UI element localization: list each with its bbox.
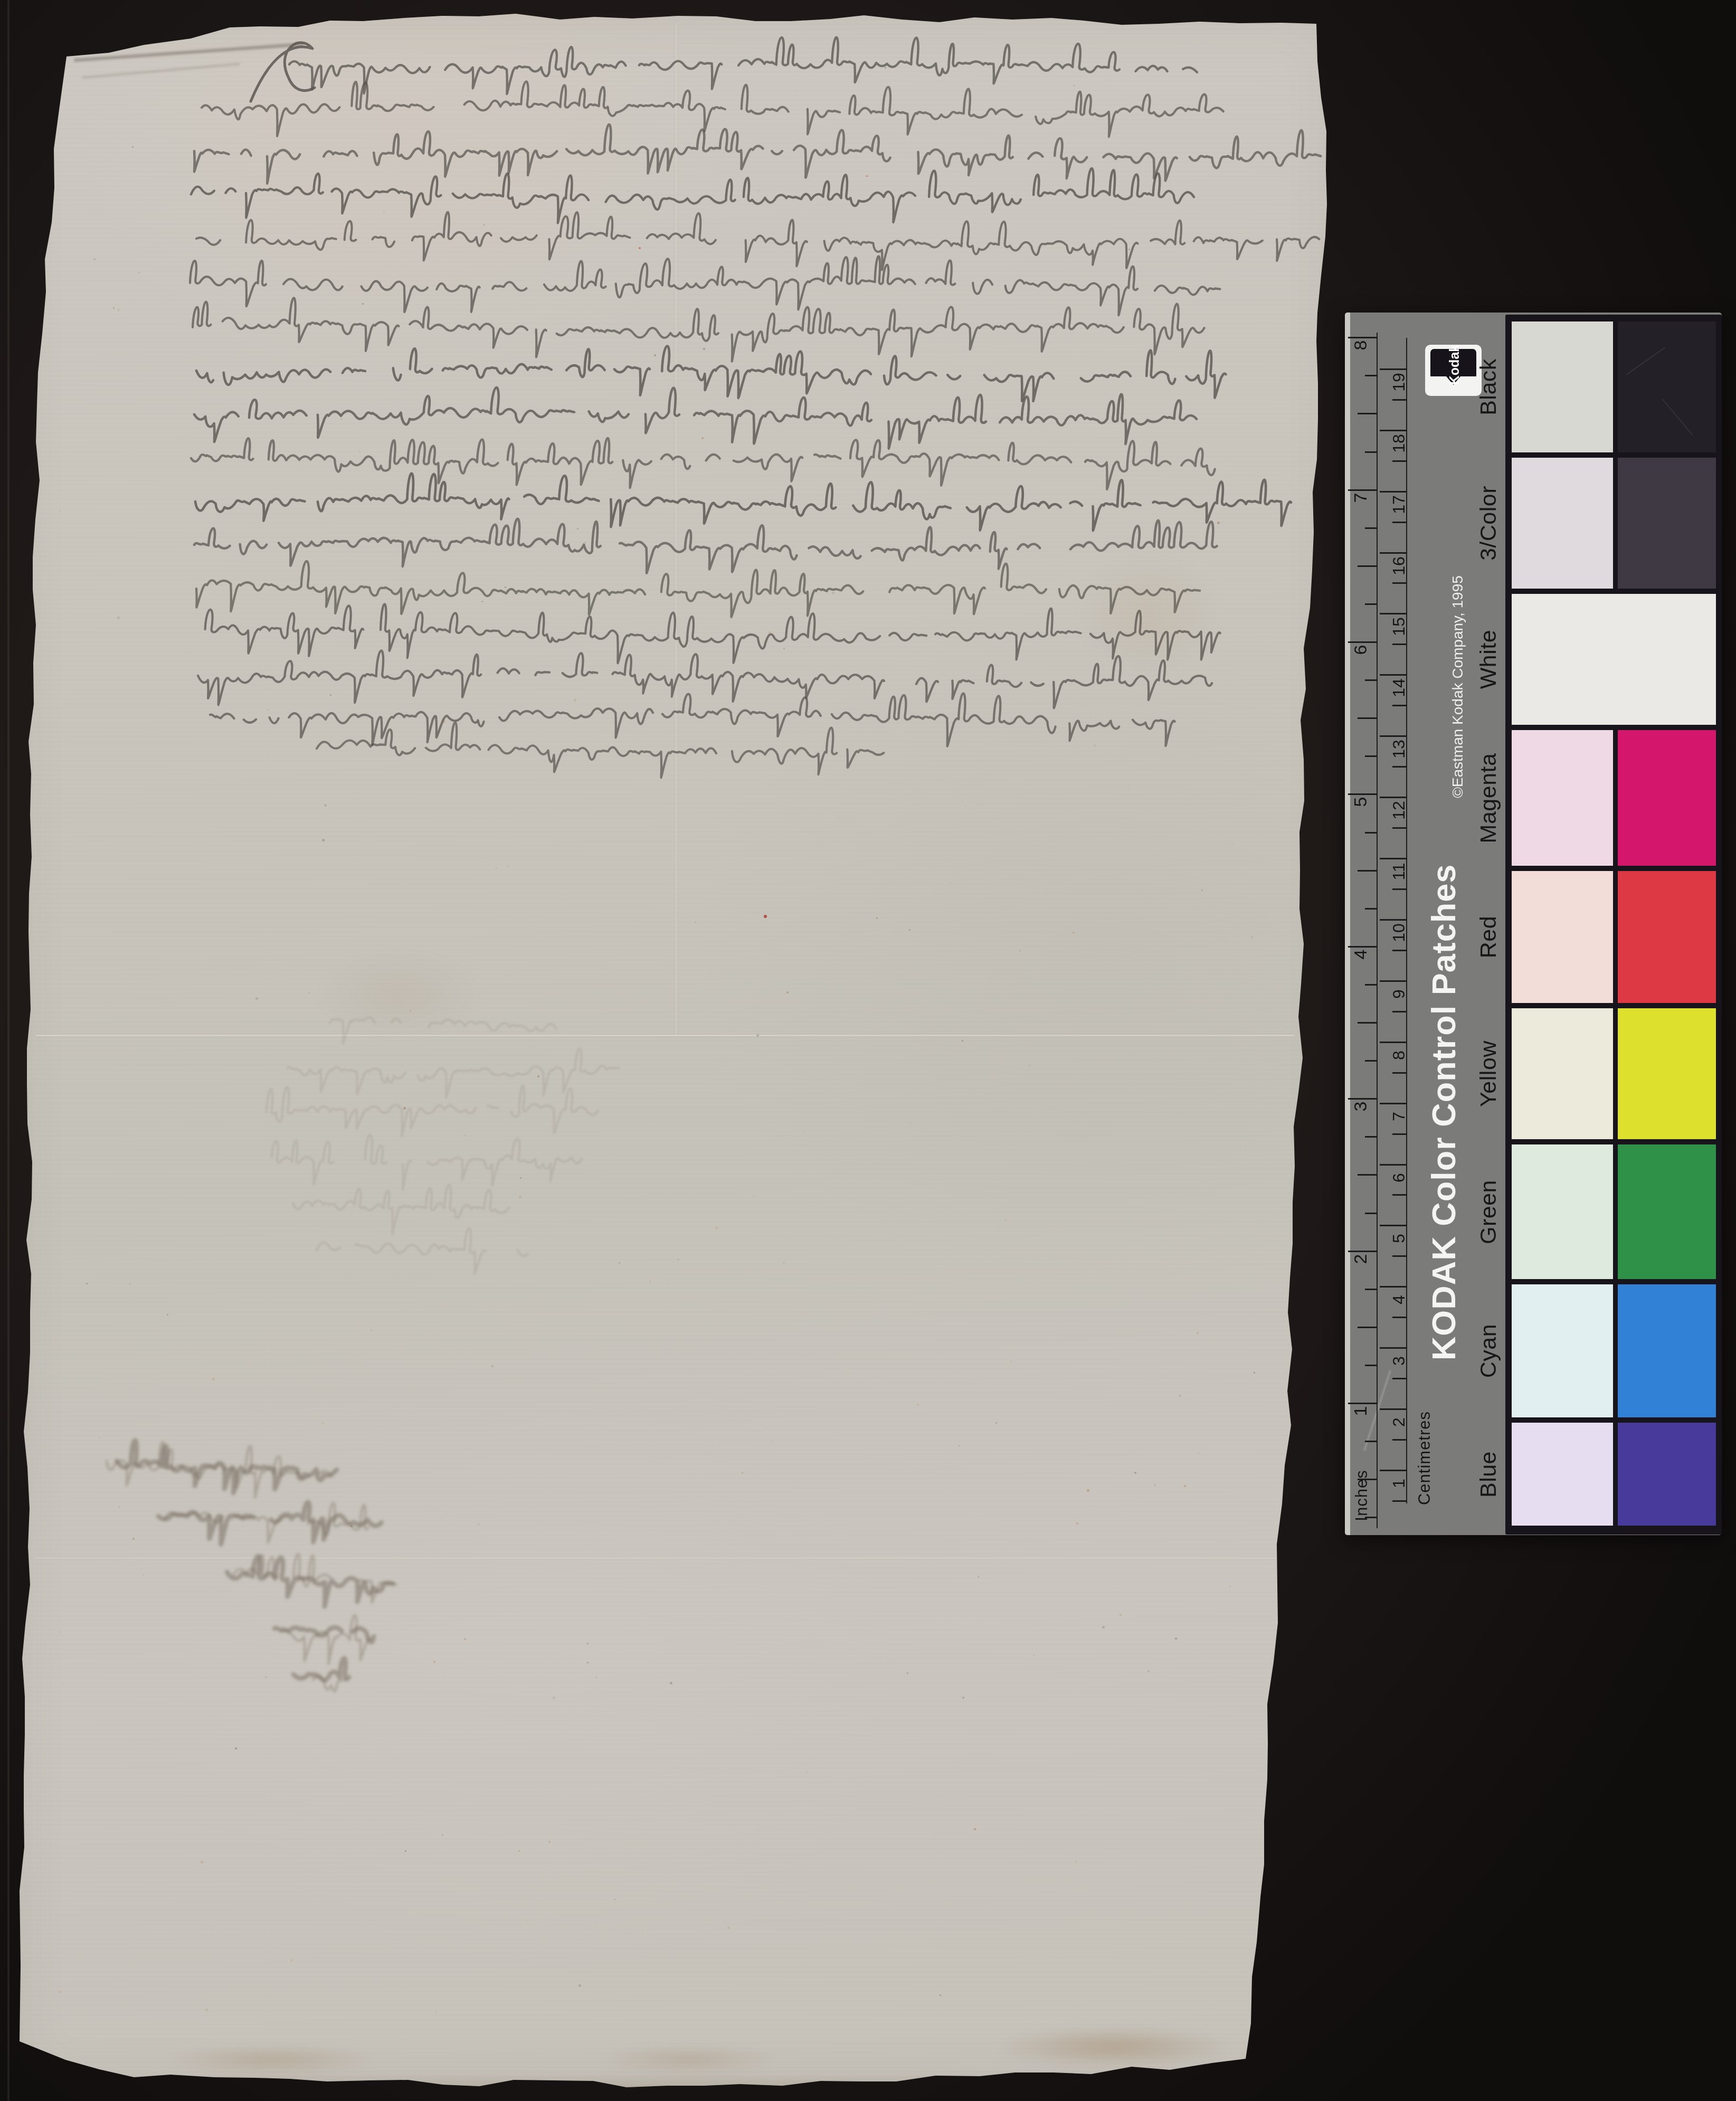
patch-3-color [1618, 458, 1716, 589]
card-copyright: ©Eastman Kodak Company, 1995 [1449, 539, 1466, 835]
fiber-speck [1073, 932, 1075, 934]
handwritten-line [196, 346, 1226, 401]
inch-tick [1358, 717, 1377, 719]
fiber-speck [201, 1861, 203, 1863]
fiber-speck [566, 52, 567, 53]
handwritten-line [191, 438, 1215, 489]
fiber-speck [974, 1828, 976, 1830]
patch-label-red: Red [1476, 868, 1501, 1006]
fiber-speck [235, 1747, 237, 1749]
fiber-speck [649, 1281, 651, 1282]
patch-black [1618, 321, 1716, 452]
cm-number: 15 [1389, 611, 1408, 642]
fiber-speck [299, 577, 300, 578]
handwritten-line [289, 37, 1197, 94]
kodak-logo-icon: Kodak [1425, 345, 1482, 396]
inch-tick [1365, 832, 1377, 834]
cm-tick [1392, 705, 1406, 706]
fiber-speck [727, 1926, 730, 1929]
fiber-speck [358, 450, 361, 452]
patch-label-yellow: Yellow [1476, 1005, 1501, 1142]
cm-number: 9 [1389, 978, 1408, 1010]
red-ink-speck [639, 247, 641, 249]
handwritten-line [196, 212, 1319, 270]
handwritten-line [272, 1135, 582, 1189]
show-through-faint-block [267, 1017, 619, 1273]
fiber-speck [962, 1040, 963, 1042]
fiber-speck [587, 1662, 589, 1663]
main-text-block [190, 37, 1321, 778]
fiber-speck [783, 1262, 784, 1263]
cm-number: 11 [1389, 856, 1408, 887]
cm-tick [1392, 1378, 1406, 1379]
fiber-speck [627, 191, 628, 192]
cm-tick [1392, 1194, 1406, 1196]
fiber-speck [873, 452, 874, 453]
fiber-speck [464, 1638, 466, 1640]
fiber-speck [959, 1445, 960, 1446]
red-ink-speck [866, 175, 868, 177]
fiber-speck [132, 146, 134, 148]
cm-number: 2 [1389, 1406, 1408, 1438]
inch-tick [1358, 1327, 1377, 1328]
fiber-speck [143, 1574, 144, 1576]
kodak-color-control-card: 12345678 12345678910111213141516171819 I… [1345, 313, 1722, 1535]
fiber-speck [786, 991, 789, 993]
fiber-speck [771, 1441, 772, 1442]
fiber-speck [117, 309, 120, 311]
patch-label-cyan: Cyan [1476, 1282, 1501, 1419]
fiber-speck [189, 652, 191, 654]
fiber-speck [742, 1472, 743, 1474]
inch-tick [1365, 375, 1377, 376]
patch-green [1618, 1144, 1716, 1279]
inch-number: 8 [1350, 329, 1371, 361]
fiber-speck [205, 2009, 208, 2011]
fiber-speck [907, 1672, 908, 1674]
manuscript-paper [0, 0, 1351, 2101]
patch-black-tint [1512, 321, 1613, 452]
patch-3-color-tint [1512, 458, 1613, 589]
fiber-speck [885, 332, 886, 333]
inch-tick [1358, 565, 1377, 567]
handwritten-line [281, 1615, 371, 1664]
fiber-speck [578, 1984, 581, 1987]
inch-tick [1365, 1365, 1377, 1366]
fiber-speck [59, 1991, 62, 1993]
cm-tick [1392, 1072, 1406, 1074]
fiber-speck [1184, 1485, 1186, 1487]
inch-number: 3 [1350, 1091, 1371, 1122]
fiber-speck [1073, 84, 1075, 87]
cm-number: 4 [1389, 1284, 1408, 1316]
fiber-speck [1201, 889, 1203, 891]
handwritten-line [251, 43, 315, 101]
fiber-speck [362, 303, 364, 305]
fiber-speck [574, 699, 576, 702]
cm-number: 14 [1389, 672, 1408, 704]
fiber-speck [118, 1506, 120, 1508]
fiber-speck [1154, 1484, 1156, 1486]
fiber-speck [1197, 1332, 1199, 1334]
patch-label-black: Black [1476, 318, 1501, 456]
fiber-speck [1087, 1489, 1089, 1492]
inch-tick [1365, 1213, 1377, 1214]
patch-white [1512, 594, 1716, 725]
cm-tick [1392, 1133, 1406, 1135]
inch-tick [1365, 679, 1377, 681]
fiber-speck [496, 867, 497, 868]
patch-magenta [1618, 730, 1716, 866]
fiber-speck [519, 1196, 521, 1198]
card-title: KODAK Color Control Patches [1426, 848, 1463, 1376]
inch-tick [1358, 870, 1377, 872]
fiber-speck [520, 1177, 521, 1179]
handwritten-line [267, 1086, 598, 1137]
handwriting-layer [0, 0, 1351, 2101]
fiber-speck [546, 717, 548, 719]
card-edge-highlight [1345, 313, 1350, 1535]
fiber-speck [211, 1929, 212, 1930]
fiber-speck [703, 348, 705, 350]
cm-tick [1392, 1255, 1406, 1257]
inch-number: 4 [1350, 939, 1371, 970]
fiber-speck [505, 586, 506, 588]
fiber-speck [483, 224, 485, 226]
fiber-speck [1217, 522, 1220, 524]
fiber-speck [206, 187, 207, 188]
cm-tick [1392, 582, 1406, 584]
fiber-speck [435, 2012, 437, 2013]
fiber-speck [885, 67, 886, 69]
inches-label: Inches [1351, 1466, 1372, 1525]
fiber-speck [677, 1258, 679, 1261]
fiber-speck [995, 1422, 997, 1424]
cm-tick [1392, 643, 1406, 645]
cm-tick [1392, 827, 1406, 829]
cm-tick [1392, 766, 1406, 768]
cm-tick [1392, 888, 1406, 890]
handwritten-line [194, 387, 1197, 449]
fiber-speck [518, 1850, 520, 1852]
patch-red-tint [1512, 871, 1613, 1003]
inch-tick [1358, 1174, 1377, 1176]
patch-label-blue: Blue [1476, 1406, 1501, 1543]
cm-number: 1 [1389, 1468, 1408, 1499]
fiber-speck [193, 354, 194, 355]
fiber-speck [1134, 951, 1136, 953]
fiber-speck [950, 882, 951, 884]
cm-tick [1392, 460, 1406, 462]
fiber-speck [909, 929, 910, 931]
fiber-speck [940, 1994, 941, 1996]
handwritten-line [317, 1228, 528, 1274]
fiber-speck [527, 1920, 528, 1922]
fiber-speck [403, 1107, 406, 1110]
inch-tick [1365, 984, 1377, 986]
handwritten-line [195, 474, 1291, 531]
inch-tick [1365, 1441, 1377, 1442]
cm-number: 17 [1389, 489, 1408, 520]
fiber-speck [433, 1661, 435, 1663]
patch-label-3-color: 3/Color [1476, 455, 1501, 592]
fiber-speck [765, 1922, 766, 1923]
handwritten-line [191, 168, 1194, 223]
fiber-speck [1146, 2038, 1149, 2041]
fiber-speck [619, 1262, 620, 1264]
fiber-speck [129, 1283, 131, 1285]
patch-label-green: Green [1476, 1143, 1501, 1281]
fiber-speck [342, 1971, 343, 1972]
fiber-speck [577, 528, 578, 529]
fiber-speck [962, 1697, 964, 1699]
fiber-speck [961, 800, 963, 802]
fiber-speck [715, 1227, 718, 1229]
fiber-speck [978, 1576, 980, 1578]
cm-tick [1392, 1439, 1406, 1441]
fiber-speck [1076, 1522, 1078, 1525]
fiber-speck [695, 922, 696, 923]
fiber-speck [491, 1365, 494, 1367]
patch-label-white: White [1476, 591, 1501, 728]
fiber-speck [1179, 1395, 1181, 1397]
inch-tick [1358, 413, 1377, 414]
cm-tick [1392, 1011, 1406, 1012]
handwritten-line [198, 650, 1212, 708]
inch-number: 7 [1350, 482, 1371, 514]
fiber-speck [876, 917, 878, 919]
cm-number: 5 [1389, 1223, 1408, 1254]
fiber-speck [1134, 1472, 1136, 1474]
fiber-speck [548, 1841, 551, 1843]
fiber-speck [465, 429, 466, 430]
handwritten-line [194, 125, 1321, 184]
inch-tick [1365, 908, 1377, 910]
fiber-speck [255, 997, 258, 1000]
patch-cyan [1618, 1284, 1716, 1417]
fiber-speck [324, 804, 327, 807]
fiber-speck [670, 1682, 672, 1684]
fiber-speck [1102, 1626, 1105, 1629]
handwritten-line [193, 298, 1222, 361]
fiber-speck [1163, 1719, 1164, 1720]
cm-tick [1392, 399, 1406, 401]
cm-tick [1392, 1500, 1406, 1502]
fiber-speck [1128, 249, 1130, 250]
handwritten-line [317, 723, 884, 778]
patch-yellow [1618, 1008, 1716, 1139]
fiber-speck [507, 865, 509, 867]
fiber-speck [117, 617, 120, 619]
inch-tick [1365, 755, 1377, 757]
cm-number: 19 [1389, 366, 1408, 398]
fiber-speck [611, 230, 613, 232]
paper-left-edge-shade [0, 0, 18, 2101]
cm-number: 18 [1389, 428, 1408, 459]
handwritten-line [330, 1017, 556, 1044]
fiber-speck [322, 1422, 324, 1424]
fiber-speck [758, 190, 759, 191]
kodak-logo-text: Kodak [1447, 345, 1462, 385]
fiber-speck [442, 720, 445, 723]
patch-label-magenta: Magenta [1476, 730, 1501, 867]
fiber-speck [1004, 1219, 1007, 1222]
patch-magenta-tint [1512, 730, 1613, 866]
handwritten-line [293, 1185, 554, 1234]
photo-scene: 12345678 12345678910111213141516171819 I… [0, 0, 1736, 2101]
fiber-speck [350, 1525, 353, 1527]
patch-yellow-tint [1512, 1008, 1613, 1139]
red-ink-speck [764, 915, 767, 918]
inch-tick [1365, 527, 1377, 529]
inch-scale-line [1377, 333, 1378, 1528]
inch-tick [1365, 1289, 1377, 1290]
handwritten-line [190, 256, 1220, 315]
patch-blue [1618, 1423, 1716, 1526]
fiber-speck [886, 1657, 887, 1658]
patch-green-tint [1512, 1144, 1613, 1279]
handwritten-line [194, 519, 1217, 573]
fiber-speck [563, 895, 564, 896]
cm-tick [1392, 950, 1406, 951]
centimetres-label: Centimetres [1414, 1381, 1435, 1535]
cm-number: 13 [1389, 733, 1408, 765]
fiber-speck [212, 1378, 215, 1380]
inch-tick [1365, 603, 1377, 605]
handwritten-line [165, 1503, 368, 1542]
cm-number: 16 [1389, 550, 1408, 582]
patch-cyan-tint [1512, 1284, 1613, 1417]
fiber-speck [553, 1697, 555, 1699]
fiber-speck [832, 592, 834, 594]
fiber-speck [669, 1118, 670, 1120]
cm-number: 12 [1389, 794, 1408, 826]
cm-tick [1392, 522, 1406, 523]
fiber-speck [322, 839, 325, 841]
inch-tick [1365, 1060, 1377, 1062]
handwritten-line [313, 1677, 348, 1691]
patch-blue-tint [1512, 1423, 1613, 1526]
fiber-speck [756, 1034, 759, 1037]
fiber-speck [50, 99, 52, 101]
fiber-speck [405, 1850, 406, 1852]
fiber-speck [807, 1771, 809, 1773]
fiber-speck [371, 1329, 372, 1331]
fiber-speck [62, 1683, 63, 1685]
inch-number: 1 [1350, 1395, 1371, 1427]
fiber-speck [954, 1370, 956, 1372]
fiber-speck [769, 631, 771, 634]
inch-tick [1365, 451, 1377, 453]
fiber-speck [587, 1643, 589, 1644]
fiber-speck [99, 1437, 100, 1438]
patch-scratch [1626, 347, 1666, 375]
fiber-speck [596, 1677, 597, 1678]
patch-grid [1505, 315, 1722, 1535]
fiber-speck [917, 1404, 919, 1406]
fiber-speck [649, 1455, 651, 1457]
inch-tick [1365, 1136, 1377, 1138]
fiber-speck [654, 354, 656, 356]
cm-number: 3 [1389, 1345, 1408, 1377]
fiber-speck [1254, 1372, 1255, 1374]
fiber-speck [60, 1631, 61, 1633]
inch-number: 2 [1350, 1243, 1371, 1275]
handwritten-line [205, 604, 1220, 663]
fiber-speck [290, 1959, 293, 1962]
inch-number: 5 [1350, 786, 1371, 818]
show-through-dark-block [107, 1440, 396, 1691]
cm-number: 10 [1389, 917, 1408, 949]
inch-tick [1358, 1022, 1377, 1024]
fiber-speck [658, 635, 659, 636]
patch-scratch [1662, 399, 1693, 436]
fiber-speck [340, 418, 343, 420]
patch-red [1618, 871, 1716, 1003]
fiber-speck [309, 992, 310, 993]
fiber-speck [1251, 936, 1253, 938]
fiber-speck [478, 1523, 480, 1526]
cm-tick [1392, 1317, 1406, 1318]
cm-number: 8 [1389, 1039, 1408, 1071]
fiber-speck [537, 1075, 539, 1077]
fiber-speck [1094, 744, 1096, 747]
cm-number: 6 [1389, 1162, 1408, 1194]
cm-number: 7 [1389, 1101, 1408, 1132]
fiber-speck [442, 1834, 443, 1836]
inch-number: 6 [1350, 634, 1371, 666]
fiber-speck [1175, 1638, 1177, 1640]
